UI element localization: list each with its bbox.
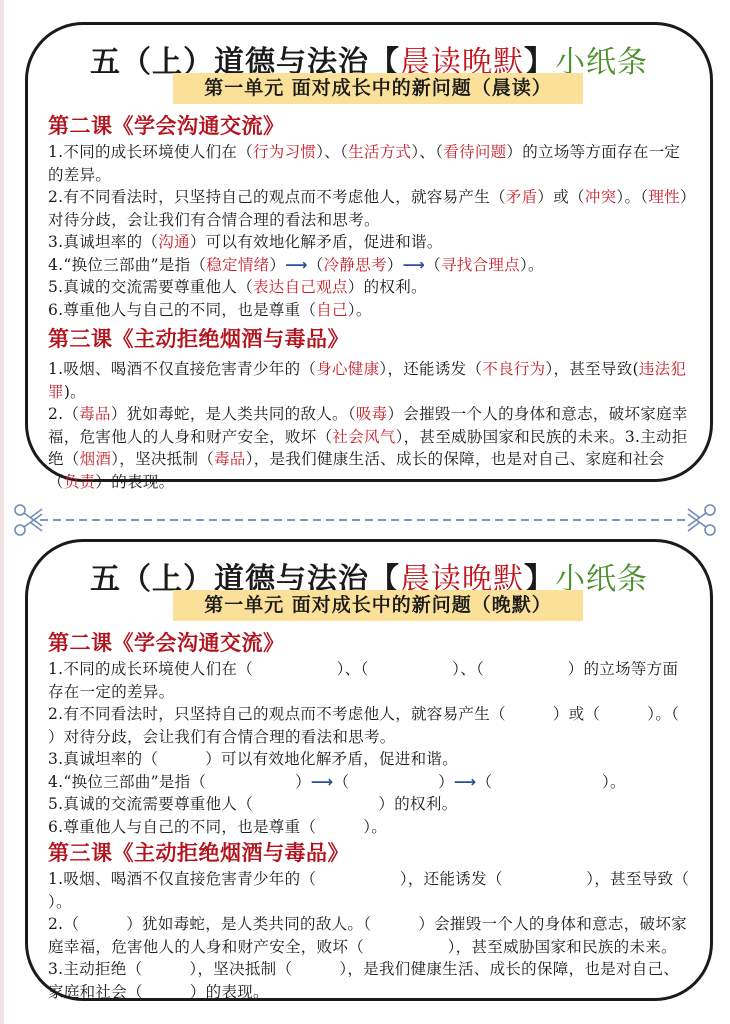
cut-line xyxy=(0,500,730,540)
answer: 生活方式 xyxy=(348,143,411,161)
answer: 冷静思考 xyxy=(324,256,387,274)
scissors-icon xyxy=(688,505,715,535)
answer: 身心健康 xyxy=(316,360,379,378)
lesson-2-item-3: 3.真诚坦率的（ ）可以有效地化解矛盾，促进和谐。 xyxy=(48,748,692,771)
card-body: 第二课《学会沟通交流》 1.不同的成长环境使人们在（行为习惯）、（生活方式）、（… xyxy=(48,111,692,493)
arrow-right-icon: ⟶ xyxy=(454,773,477,791)
answer: 烟酒 xyxy=(80,450,112,468)
answer: 毒品 xyxy=(79,405,111,423)
lesson-2-item-6: 6.尊重他人与自己的不同，也是尊重（自己）。 xyxy=(48,299,692,322)
lesson-2-title: 第二课《学会沟通交流》 xyxy=(48,628,692,658)
card-body: 第二课《学会沟通交流》 1.不同的成长环境使人们在（ ）、（ ）、（ ）的立场等… xyxy=(48,628,692,1003)
lesson-2-item-6: 6.尊重他人与自己的不同，也是尊重（ ）。 xyxy=(48,816,692,839)
answer: 稳定情绪 xyxy=(206,256,269,274)
answer: 负责 xyxy=(64,473,96,491)
answer: 矛盾 xyxy=(506,188,538,206)
answer: 沟通 xyxy=(158,233,190,251)
arrow-right-icon: ⟶ xyxy=(311,773,334,791)
answer: 自己 xyxy=(316,301,348,319)
answer: 寻找合理点 xyxy=(441,256,520,274)
lesson-2-item-3: 3.真诚坦率的（沟通）可以有效地化解矛盾，促进和谐。 xyxy=(48,231,692,254)
lesson-2-item-1: 1.不同的成长环境使人们在（行为习惯）、（生活方式）、（看待问题）的立场等方面存… xyxy=(48,141,692,186)
lesson-2-item-4: 4.“换位三部曲”是指（ ）⟶（ ）⟶（ ）。 xyxy=(48,771,692,794)
arrow-right-icon: ⟶ xyxy=(403,256,426,274)
lesson-2-item-2: 2.有不同看法时，只坚持自己的观点而不考虑他人，就容易产生（矛盾）或（冲突）。（… xyxy=(48,186,692,231)
lesson-2-item-1: 1.不同的成长环境使人们在（ ）、（ ）、（ ）的立场等方面存在一定的差异。 xyxy=(48,658,692,703)
lesson-3-item-2: 2.（毒品）犹如毒蛇，是人类共同的敌人。（吸毒）会摧毁一个人的身体和意志，破坏家… xyxy=(48,403,692,493)
lesson-2-item-2: 2.有不同看法时，只坚持自己的观点而不考虑他人，就容易产生（ ）或（ ）。（ ）… xyxy=(48,703,692,748)
lesson-3-item-1: 1.吸烟、喝酒不仅直接危害青少年的（身心健康），还能诱发（不良行为），甚至导致(… xyxy=(48,358,692,403)
evening-dictation-card: 五（上）道德与法治【晨读晚默】小纸条 第一单元 面对成长中的新问题（晚默） 第二… xyxy=(25,539,713,1001)
lesson-3-title: 第三课《主动拒绝烟酒与毒品》 xyxy=(48,324,692,354)
answer: 不良行为 xyxy=(482,360,545,378)
answer: 社会风气 xyxy=(332,428,395,446)
answer: 看待问题 xyxy=(443,143,506,161)
answer: 毒品 xyxy=(214,450,246,468)
unit-banner: 第一单元 面对成长中的新问题（晨读） xyxy=(173,73,583,104)
morning-reading-card: 五（上）道德与法治【晨读晚默】小纸条 第一单元 面对成长中的新问题（晨读） 第二… xyxy=(25,22,713,482)
lesson-2-item-4: 4.“换位三部曲”是指（稳定情绪）⟶（冷静思考）⟶（寻找合理点）。 xyxy=(48,254,692,277)
unit-banner: 第一单元 面对成长中的新问题（晚默） xyxy=(173,590,583,621)
scissors-icon xyxy=(15,505,42,535)
lesson-2-item-5: 5.真诚的交流需要尊重他人（ ）的权利。 xyxy=(48,793,692,816)
lesson-3-title: 第三课《主动拒绝烟酒与毒品》 xyxy=(48,838,692,868)
lesson-3-item-2: 2.（ ）犹如毒蛇，是人类共同的敌人。（ ）会摧毁一个人的身体和意志，破坏家庭幸… xyxy=(48,913,692,1003)
answer: 吸毒 xyxy=(356,405,388,423)
answer: 冲突 xyxy=(585,188,617,206)
lesson-2-title: 第二课《学会沟通交流》 xyxy=(48,111,692,141)
answer: 行为习惯 xyxy=(253,143,316,161)
lesson-3-item-1: 1.吸烟、喝酒不仅直接危害青少年的（ ），还能诱发（ ），甚至导致（ ）。 xyxy=(48,868,692,913)
answer: 理性 xyxy=(648,188,680,206)
answer: 表达自己观点 xyxy=(253,278,348,296)
arrow-right-icon: ⟶ xyxy=(285,256,308,274)
lesson-2-item-5: 5.真诚的交流需要尊重他人（表达自己观点）的权利。 xyxy=(48,276,692,299)
